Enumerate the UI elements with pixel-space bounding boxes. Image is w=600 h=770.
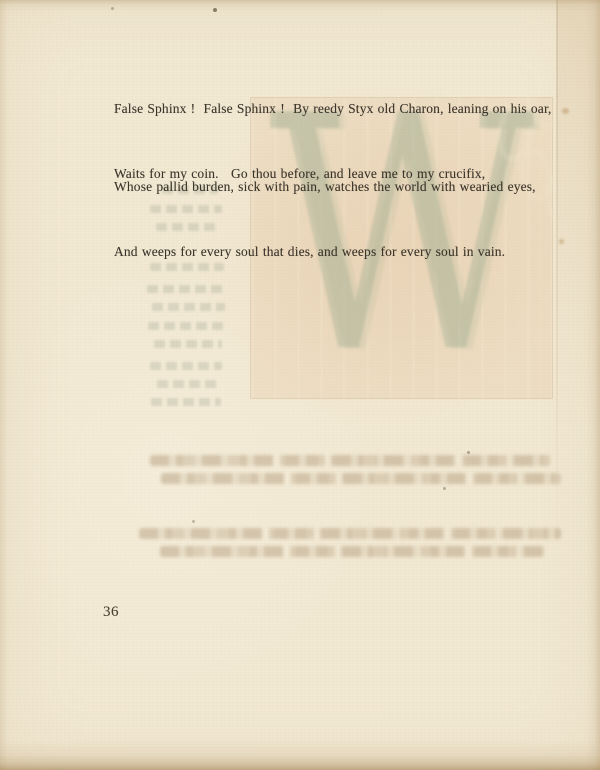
poem-line: And weeps for every soul that dies, and …	[114, 241, 536, 263]
margin-showthrough-line	[148, 322, 227, 330]
page-crease	[556, 0, 558, 540]
poem-line: Whose pallid burden, sick with pain, wat…	[114, 176, 536, 198]
verso-couplet-showthrough-line	[139, 528, 561, 539]
margin-showthrough-line	[150, 362, 222, 370]
ink-speck	[111, 7, 114, 10]
scanned-book-page: W W False Sphinx ! False Sphinx ! By ree…	[0, 0, 600, 770]
foxing-spot	[559, 239, 564, 244]
margin-showthrough-line	[157, 380, 219, 388]
margin-showthrough-line	[151, 398, 221, 406]
right-edge-shade	[557, 0, 600, 430]
verso-couplet-showthrough-line	[161, 473, 561, 484]
poem-stanza-2: Whose pallid burden, sick with pain, wat…	[114, 133, 536, 305]
verso-couplet-showthrough-line	[160, 546, 544, 557]
verso-couplet-showthrough-line	[150, 455, 550, 466]
foxing-spot	[562, 108, 569, 114]
ink-speck	[467, 451, 470, 454]
ink-speck	[192, 520, 195, 523]
page-number: 36	[103, 604, 119, 621]
margin-showthrough-line	[154, 340, 222, 348]
ink-speck	[443, 487, 446, 490]
poem-line: False Sphinx ! False Sphinx ! By reedy S…	[114, 98, 552, 120]
ink-speck	[213, 8, 217, 12]
